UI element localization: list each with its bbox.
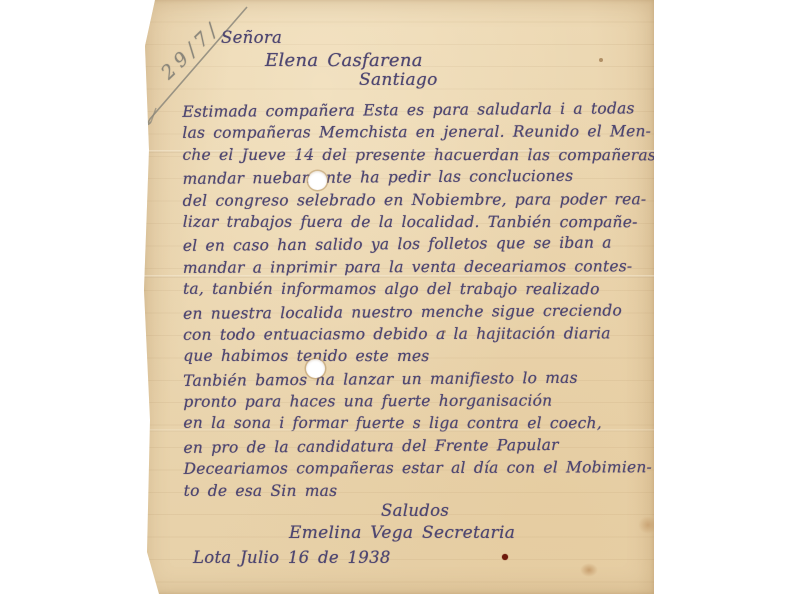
dateline: Lota Julio 16 de 1938 <box>193 548 391 567</box>
punch-hole-top <box>308 171 327 190</box>
punch-hole-bottom <box>306 359 325 378</box>
letter-line: lizar trabajos fuera de la localidad. Ta… <box>183 213 657 236</box>
letter-line: mandar a inprimir para la venta decearia… <box>183 257 657 281</box>
letter-line: en nuestra localida nuestro menche sigue… <box>183 301 657 327</box>
ink-blot-stain <box>502 554 508 560</box>
letter-line: el en caso han salido ya los folletos qu… <box>183 233 657 259</box>
paper-speck <box>599 58 603 62</box>
letter-line: que habimos tenido este mes <box>183 347 657 370</box>
letter-paper: 29/7/ Señora Elena Casfarena Santiago Es… <box>143 0 654 594</box>
letter-line: las compañeras Memchista en jeneral. Reu… <box>182 123 656 147</box>
letter-body: Estimada compañera Esta es para saludarl… <box>182 100 657 505</box>
closing-salute: Saludos <box>381 501 449 520</box>
paper-stain <box>638 516 658 534</box>
city-line: Santiago <box>359 70 438 90</box>
scanned-letter-page: 29/7/ Señora Elena Casfarena Santiago Es… <box>0 0 791 594</box>
letter-line: che el Jueve 14 del presente hacuerdan l… <box>182 146 656 169</box>
letter-line: con todo entuaciasmo debido a la hajitac… <box>183 324 657 348</box>
salutation: Señora <box>221 28 282 47</box>
letter-line: Deceariamos compañeras estar al día con … <box>184 458 658 482</box>
paper-stain <box>580 563 598 577</box>
signature-line: Emelina Vega Secretaria <box>289 523 515 543</box>
recipient-name: Elena Casfarena <box>265 50 423 71</box>
letter-line: en la sona i formar fuerte s liga contra… <box>183 414 657 437</box>
letter-line: en pro de la candidatura del Frente Papu… <box>183 435 657 461</box>
letter-line: mandar nuebamente ha pedir las conclucio… <box>182 166 656 192</box>
letter-line: Estimada compañera Esta es para saludarl… <box>182 99 656 125</box>
letter-line: ta, tanbién informamos algo del trabajo … <box>183 280 657 303</box>
letter-line: pronto para haces una fuerte horganisaci… <box>183 391 657 415</box>
pencil-date-annotation: 29/7/ <box>157 17 226 84</box>
letter-line: del congreso selebrado en Nobiembre, par… <box>183 190 657 214</box>
letter-line: Tanbién bamos ha lanzar un manifiesto lo… <box>183 368 657 394</box>
